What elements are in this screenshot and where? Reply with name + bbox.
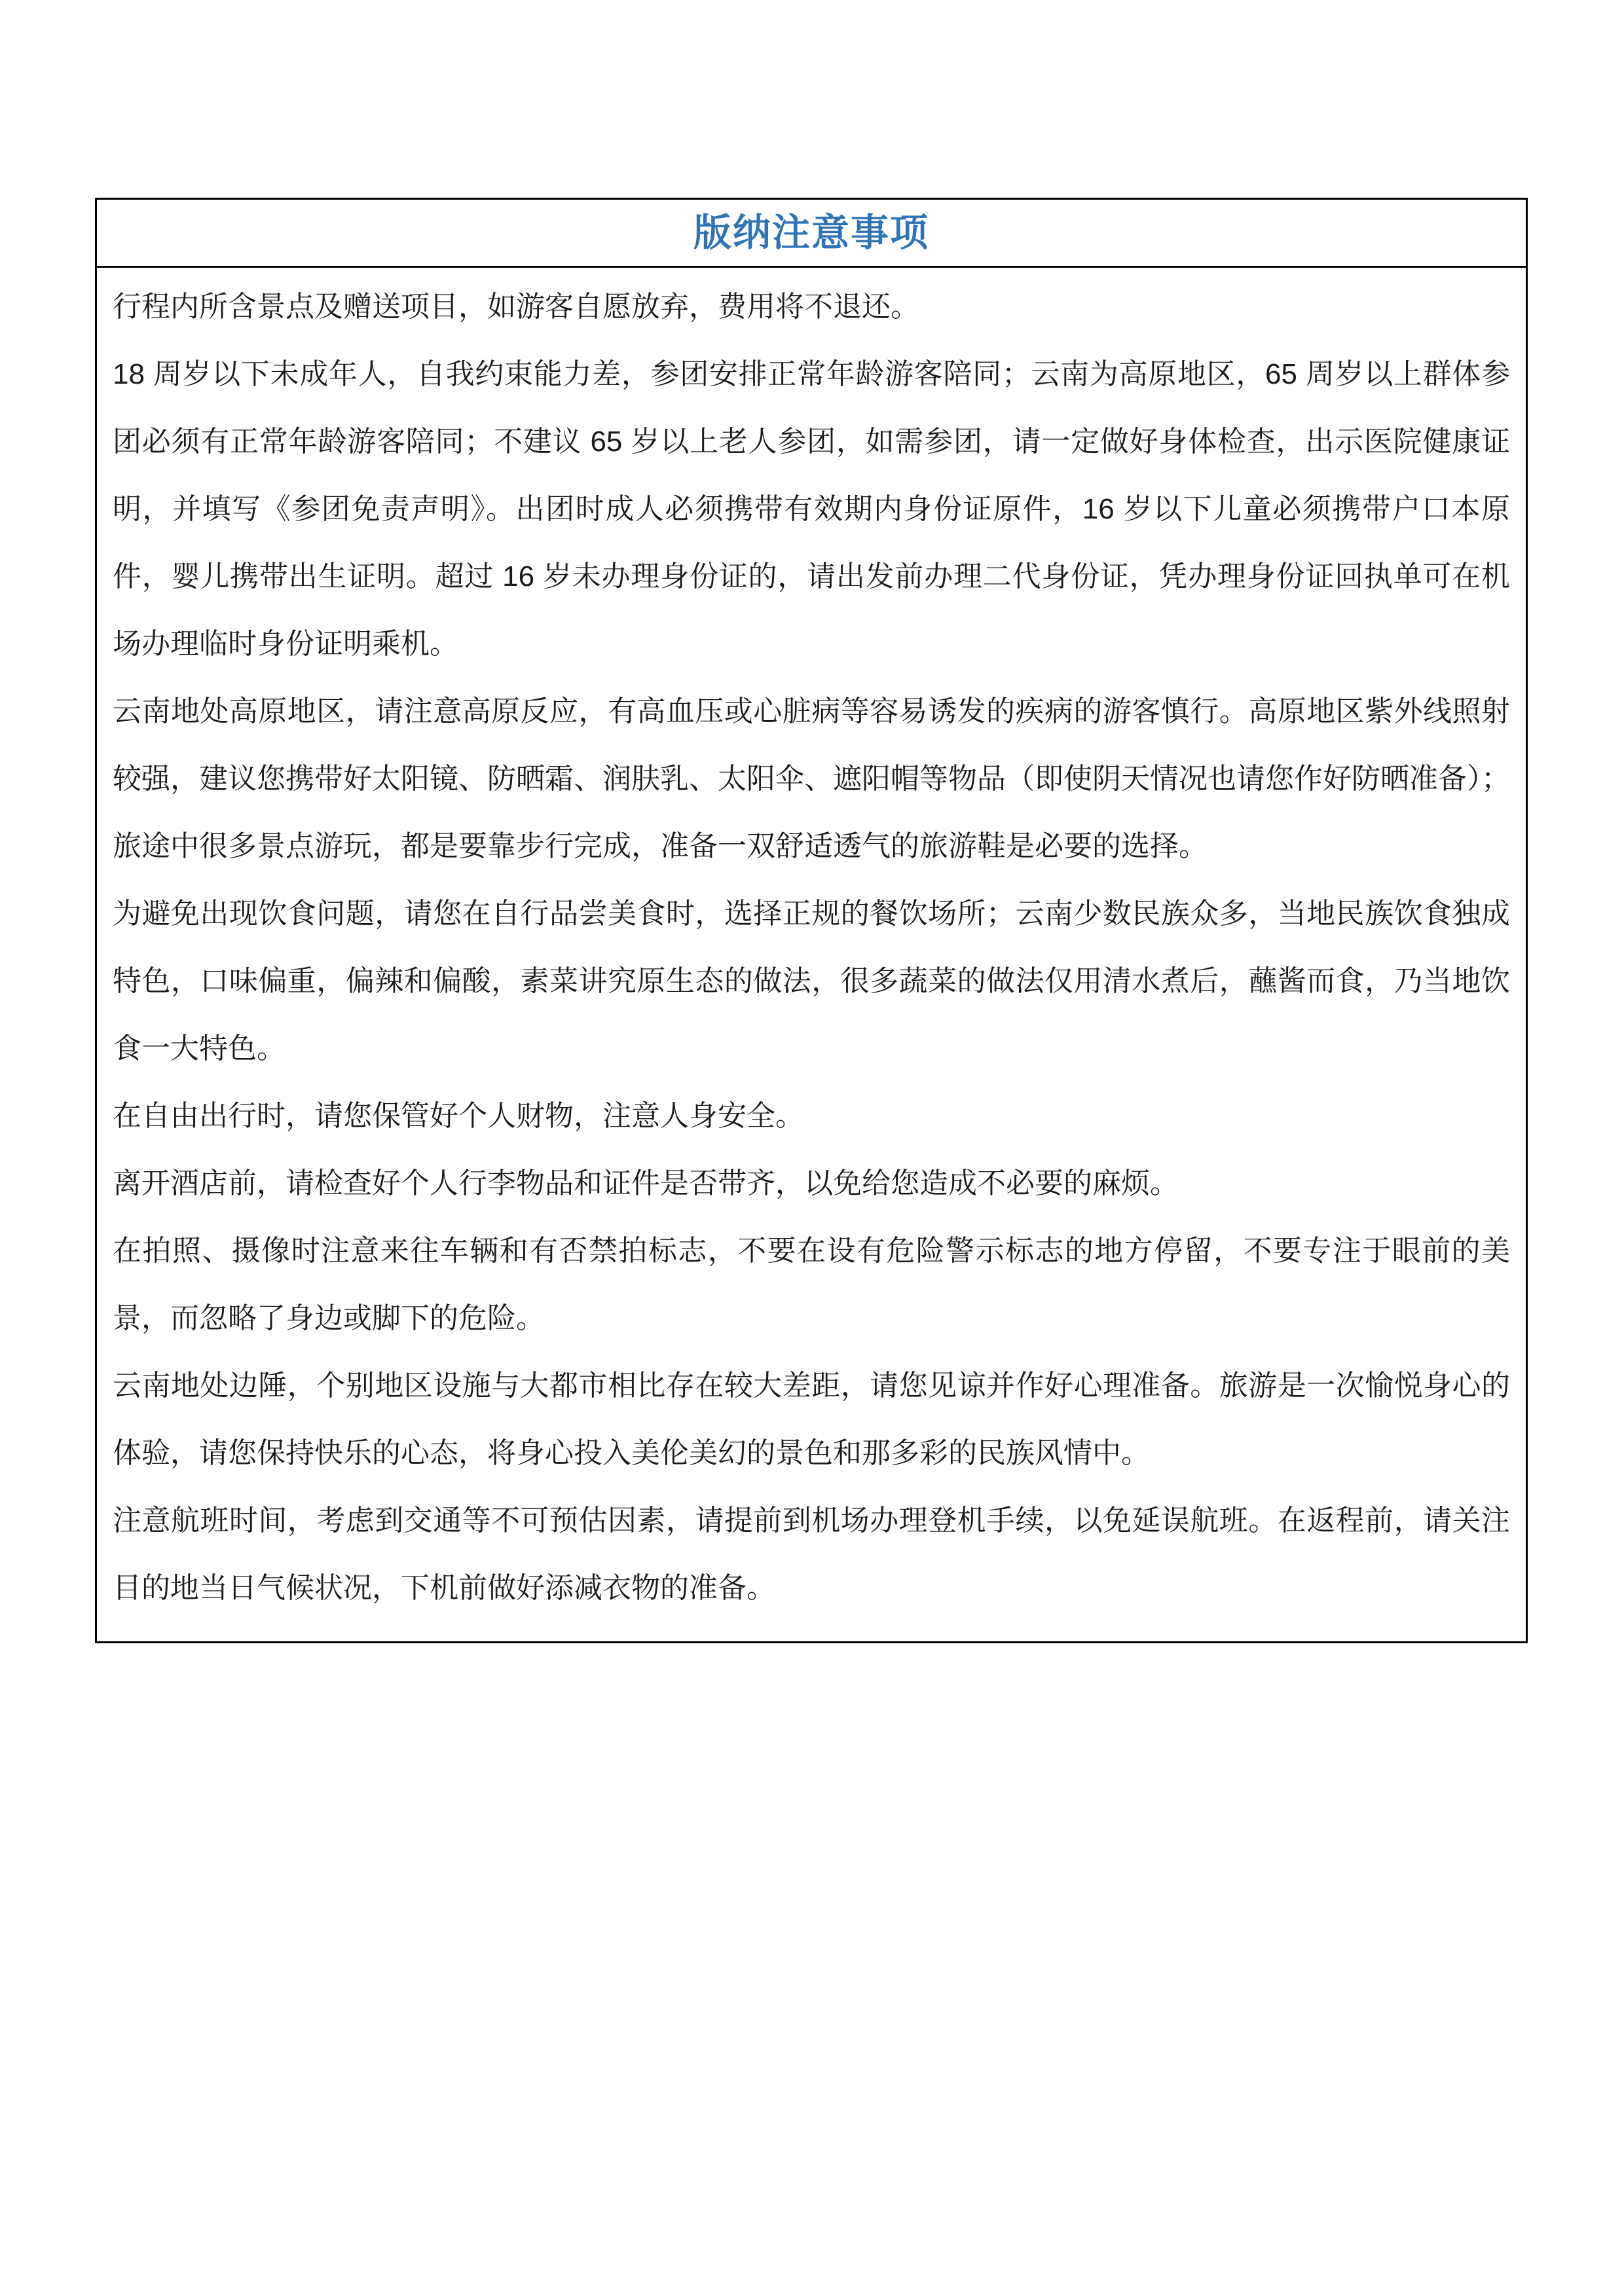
document-page: 版纳注意事项 行程内所含景点及赠送项目，如游客自愿放弃，费用将不退还。18 周岁… [0,0,1624,2296]
notice-paragraph: 注意航班时间，考虑到交通等不可预估因素，请提前到机场办理登机手续，以免延误航班。… [113,1487,1510,1622]
notice-title: 版纳注意事项 [693,211,929,254]
notice-paragraph: 18 周岁以下未成年人，自我约束能力差，参团安排正常年龄游客陪同；云南为高原地区… [113,340,1510,678]
notice-table: 版纳注意事项 行程内所含景点及赠送项目，如游客自愿放弃，费用将不退还。18 周岁… [95,198,1528,1643]
notice-table-header: 版纳注意事项 [97,200,1526,268]
notice-paragraph: 为避免出现饮食问题，请您在自行品尝美食时，选择正规的餐饮场所；云南少数民族众多，… [113,880,1510,1082]
notice-paragraph: 云南地处边陲，个别地区设施与大都市相比存在较大差距，请您见谅并作好心理准备。旅游… [113,1352,1510,1487]
notice-paragraph: 在拍照、摄像时注意来往车辆和有否禁拍标志，不要在设有危险警示标志的地方停留，不要… [113,1217,1510,1352]
notice-paragraph: 行程内所含景点及赠送项目，如游客自愿放弃，费用将不退还。 [113,273,1510,340]
notice-paragraph: 云南地处高原地区，请注意高原反应，有高血压或心脏病等容易诱发的疾病的游客慎行。高… [113,678,1510,880]
notice-paragraph: 在自由出行时，请您保管好个人财物，注意人身安全。 [113,1082,1510,1150]
notice-table-body: 行程内所含景点及赠送项目，如游客自愿放弃，费用将不退还。18 周岁以下未成年人，… [97,268,1526,1641]
notice-paragraph: 离开酒店前，请检查好个人行李物品和证件是否带齐，以免给您造成不必要的麻烦。 [113,1150,1510,1217]
